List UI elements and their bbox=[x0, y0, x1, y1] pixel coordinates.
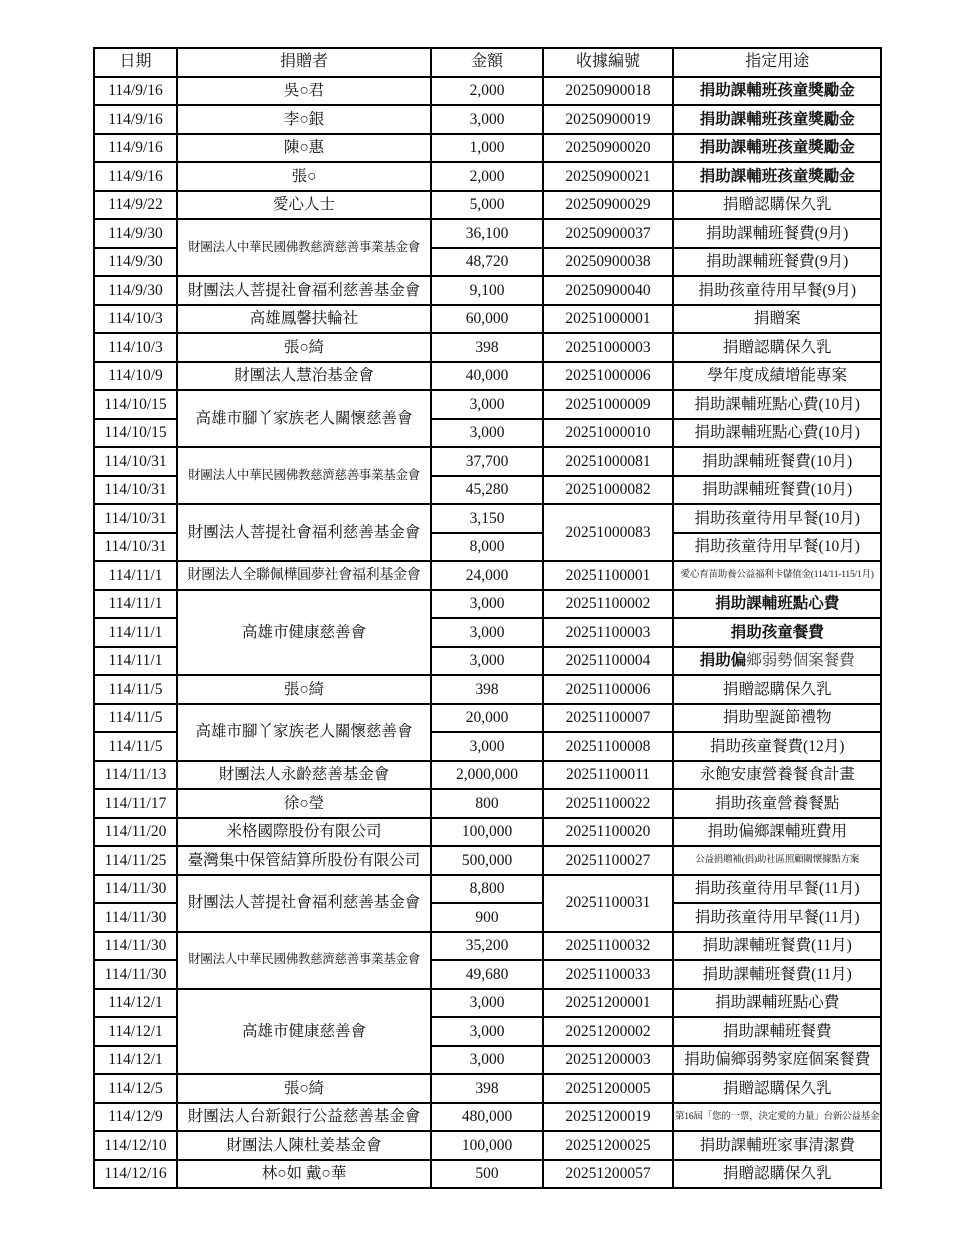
cell-date: 114/11/5 bbox=[94, 704, 177, 733]
cell-amount: 45,280 bbox=[431, 476, 543, 505]
cell-receipt: 20251100033 bbox=[543, 960, 673, 989]
cell-receipt: 20251000010 bbox=[543, 419, 673, 448]
table-row: 114/11/30財團法人菩提社會福利慈善基金會8,80020251100031… bbox=[94, 875, 881, 904]
cell-purpose: 捐贈認購保久乳 bbox=[673, 675, 881, 704]
cell-date: 114/10/31 bbox=[94, 476, 177, 505]
cell-amount: 60,000 bbox=[431, 305, 543, 334]
cell-amount: 24,000 bbox=[431, 561, 543, 590]
table-row: 114/9/16李○銀3,00020250900019捐助課輔班孩童獎勵金 bbox=[94, 105, 881, 134]
cell-date: 114/11/30 bbox=[94, 960, 177, 989]
table-row: 114/9/30財團法人中華民國佛教慈濟慈善事業基金會36,1002025090… bbox=[94, 219, 881, 248]
cell-donor: 張○ bbox=[177, 162, 431, 191]
cell-purpose: 捐助課輔班餐費(11月) bbox=[673, 932, 881, 961]
table-row: 114/11/20米格國際股份有限公司100,00020251100020捐助偏… bbox=[94, 818, 881, 847]
cell-amount: 3,000 bbox=[431, 390, 543, 419]
cell-purpose: 捐贈案 bbox=[673, 305, 881, 334]
cell-amount: 3,150 bbox=[431, 504, 543, 533]
cell-date: 114/12/1 bbox=[94, 1017, 177, 1046]
cell-receipt: 20251100008 bbox=[543, 732, 673, 761]
cell-receipt: 20251200003 bbox=[543, 1046, 673, 1075]
cell-purpose: 捐助課輔班孩童獎勵金 bbox=[673, 134, 881, 163]
table-row: 114/10/9財團法人慧治基金會40,00020251000006學年度成績增… bbox=[94, 362, 881, 391]
cell-amount: 9,100 bbox=[431, 276, 543, 305]
cell-date: 114/10/3 bbox=[94, 305, 177, 334]
cell-amount: 100,000 bbox=[431, 1131, 543, 1160]
table-row: 114/11/5張○綺39820251100006捐贈認購保久乳 bbox=[94, 675, 881, 704]
cell-purpose: 捐助課輔班餐費 bbox=[673, 1017, 881, 1046]
cell-receipt: 20250900040 bbox=[543, 276, 673, 305]
cell-donor: 李○銀 bbox=[177, 105, 431, 134]
cell-receipt: 20250900019 bbox=[543, 105, 673, 134]
cell-amount: 3,000 bbox=[431, 732, 543, 761]
cell-receipt: 20250900029 bbox=[543, 191, 673, 220]
table-row: 114/10/3張○綺39820251000003捐贈認購保久乳 bbox=[94, 333, 881, 362]
cell-receipt: 20251000083 bbox=[543, 504, 673, 561]
cell-purpose: 捐贈認購保久乳 bbox=[673, 333, 881, 362]
cell-amount: 3,000 bbox=[431, 1046, 543, 1075]
cell-amount: 8,800 bbox=[431, 875, 543, 904]
cell-receipt: 20250900021 bbox=[543, 162, 673, 191]
cell-amount: 800 bbox=[431, 789, 543, 818]
cell-date: 114/10/9 bbox=[94, 362, 177, 391]
cell-receipt: 20251100004 bbox=[543, 647, 673, 676]
cell-amount: 49,680 bbox=[431, 960, 543, 989]
cell-date: 114/12/9 bbox=[94, 1103, 177, 1132]
cell-date: 114/12/1 bbox=[94, 1046, 177, 1075]
table-row: 114/11/13財團法人永齡慈善基金會2,000,00020251100011… bbox=[94, 761, 881, 790]
cell-receipt: 20251000081 bbox=[543, 447, 673, 476]
cell-amount: 2,000 bbox=[431, 162, 543, 191]
cell-receipt: 20251000001 bbox=[543, 305, 673, 334]
cell-receipt: 20251200002 bbox=[543, 1017, 673, 1046]
cell-amount: 900 bbox=[431, 903, 543, 932]
cell-donor: 高雄市健康慈善會 bbox=[177, 590, 431, 676]
cell-receipt: 20251100032 bbox=[543, 932, 673, 961]
cell-donor: 林○如 戴○華 bbox=[177, 1160, 431, 1189]
cell-date: 114/11/20 bbox=[94, 818, 177, 847]
table-row: 114/11/17徐○瑩80020251100022捐助孩童營養餐點 bbox=[94, 789, 881, 818]
cell-receipt: 20251100003 bbox=[543, 618, 673, 647]
cell-donor: 高雄鳳馨扶輪社 bbox=[177, 305, 431, 334]
cell-receipt: 20251000009 bbox=[543, 390, 673, 419]
cell-amount: 48,720 bbox=[431, 248, 543, 277]
cell-receipt: 20250900038 bbox=[543, 248, 673, 277]
cell-amount: 398 bbox=[431, 1074, 543, 1103]
table-row: 114/12/5張○綺39820251200005捐贈認購保久乳 bbox=[94, 1074, 881, 1103]
table-row: 114/9/22愛心人士5,00020250900029捐贈認購保久乳 bbox=[94, 191, 881, 220]
cell-donor: 陳○惠 bbox=[177, 134, 431, 163]
cell-date: 114/9/30 bbox=[94, 219, 177, 248]
cell-date: 114/10/31 bbox=[94, 447, 177, 476]
cell-donor: 臺灣集中保管結算所股份有限公司 bbox=[177, 846, 431, 875]
cell-receipt: 20251200025 bbox=[543, 1131, 673, 1160]
table-row: 114/12/16林○如 戴○華50020251200057捐贈認購保久乳 bbox=[94, 1160, 881, 1189]
cell-purpose: 捐助課輔班點心費(10月) bbox=[673, 419, 881, 448]
cell-purpose: 第16屆「您的一票，決定愛的力量」台新公益基金 bbox=[673, 1103, 881, 1132]
cell-receipt: 20251100007 bbox=[543, 704, 673, 733]
cell-purpose: 捐助孩童營養餐點 bbox=[673, 789, 881, 818]
cell-donor: 高雄市健康慈善會 bbox=[177, 989, 431, 1075]
cell-donor: 張○綺 bbox=[177, 1074, 431, 1103]
cell-purpose: 捐助課輔班家事清潔費 bbox=[673, 1131, 881, 1160]
cell-donor: 高雄市腳丫家族老人關懷慈善會 bbox=[177, 390, 431, 447]
cell-purpose: 捐助孩童餐費(12月) bbox=[673, 732, 881, 761]
cell-date: 114/11/30 bbox=[94, 932, 177, 961]
cell-purpose: 捐助課輔班點心費 bbox=[673, 590, 881, 619]
table-row: 114/10/3高雄鳳馨扶輪社60,00020251000001捐贈案 bbox=[94, 305, 881, 334]
table-row: 114/9/30財團法人菩提社會福利慈善基金會9,10020250900040捐… bbox=[94, 276, 881, 305]
cell-date: 114/9/16 bbox=[94, 162, 177, 191]
table-row: 114/9/16吳○君2,00020250900018捐助課輔班孩童獎勵金 bbox=[94, 77, 881, 106]
purpose-bold-segment: 捐助偏 bbox=[700, 652, 747, 669]
table-row: 114/11/25臺灣集中保管結算所股份有限公司500,000202511000… bbox=[94, 846, 881, 875]
cell-purpose: 捐助課輔班餐費(9月) bbox=[673, 219, 881, 248]
cell-amount: 36,100 bbox=[431, 219, 543, 248]
cell-amount: 500,000 bbox=[431, 846, 543, 875]
cell-amount: 3,000 bbox=[431, 1017, 543, 1046]
cell-purpose: 捐助課輔班餐費(9月) bbox=[673, 248, 881, 277]
cell-date: 114/9/22 bbox=[94, 191, 177, 220]
cell-receipt: 20250900018 bbox=[543, 77, 673, 106]
cell-date: 114/11/13 bbox=[94, 761, 177, 790]
column-header-amount: 金額 bbox=[431, 48, 543, 77]
table-header-row: 日期 捐贈者 金額 收據編號 指定用途 bbox=[94, 48, 881, 77]
table-row: 114/10/15高雄市腳丫家族老人關懷慈善會3,00020251000009捐… bbox=[94, 390, 881, 419]
cell-amount: 5,000 bbox=[431, 191, 543, 220]
cell-receipt: 20251100022 bbox=[543, 789, 673, 818]
cell-purpose: 學年度成績增能專案 bbox=[673, 362, 881, 391]
cell-date: 114/12/16 bbox=[94, 1160, 177, 1189]
cell-purpose: 捐助偏鄉弱勢家庭個案餐費 bbox=[673, 1046, 881, 1075]
cell-date: 114/10/3 bbox=[94, 333, 177, 362]
table-row: 114/12/1高雄市健康慈善會3,00020251200001捐助課輔班點心費 bbox=[94, 989, 881, 1018]
cell-date: 114/9/30 bbox=[94, 276, 177, 305]
table-row: 114/11/5高雄市腳丫家族老人關懷慈善會20,00020251100007捐… bbox=[94, 704, 881, 733]
cell-donor: 高雄市腳丫家族老人關懷慈善會 bbox=[177, 704, 431, 761]
cell-donor: 財團法人中華民國佛教慈濟慈善事業基金會 bbox=[177, 932, 431, 989]
table-row: 114/9/16張○2,00020250900021捐助課輔班孩童獎勵金 bbox=[94, 162, 881, 191]
cell-receipt: 20251000006 bbox=[543, 362, 673, 391]
cell-date: 114/11/25 bbox=[94, 846, 177, 875]
cell-purpose: 捐助課輔班餐費(11月) bbox=[673, 960, 881, 989]
cell-amount: 3,000 bbox=[431, 105, 543, 134]
cell-purpose: 捐助課輔班孩童獎勵金 bbox=[673, 77, 881, 106]
cell-donor: 愛心人士 bbox=[177, 191, 431, 220]
cell-amount: 8,000 bbox=[431, 533, 543, 562]
cell-receipt: 20251100027 bbox=[543, 846, 673, 875]
cell-donor: 財團法人陳杜姜基金會 bbox=[177, 1131, 431, 1160]
cell-receipt: 20251200057 bbox=[543, 1160, 673, 1189]
cell-amount: 2,000,000 bbox=[431, 761, 543, 790]
column-header-receipt: 收據編號 bbox=[543, 48, 673, 77]
cell-amount: 35,200 bbox=[431, 932, 543, 961]
cell-amount: 1,000 bbox=[431, 134, 543, 163]
cell-donor: 米格國際股份有限公司 bbox=[177, 818, 431, 847]
column-header-purpose: 指定用途 bbox=[673, 48, 881, 77]
cell-date: 114/11/1 bbox=[94, 590, 177, 619]
cell-purpose: 捐助孩童待用早餐(10月) bbox=[673, 504, 881, 533]
cell-amount: 480,000 bbox=[431, 1103, 543, 1132]
cell-purpose: 捐助孩童待用早餐(10月) bbox=[673, 533, 881, 562]
cell-receipt: 20250900037 bbox=[543, 219, 673, 248]
cell-purpose: 捐贈認購保久乳 bbox=[673, 191, 881, 220]
cell-amount: 500 bbox=[431, 1160, 543, 1189]
column-header-date: 日期 bbox=[94, 48, 177, 77]
cell-purpose: 捐助孩童待用早餐(9月) bbox=[673, 276, 881, 305]
cell-purpose: 捐贈認購保久乳 bbox=[673, 1160, 881, 1189]
cell-date: 114/9/16 bbox=[94, 105, 177, 134]
cell-donor: 張○綺 bbox=[177, 333, 431, 362]
cell-amount: 20,000 bbox=[431, 704, 543, 733]
cell-amount: 3,000 bbox=[431, 989, 543, 1018]
cell-donor: 財團法人慧治基金會 bbox=[177, 362, 431, 391]
table-row: 114/12/10財團法人陳杜姜基金會100,00020251200025捐助課… bbox=[94, 1131, 881, 1160]
cell-receipt: 20251000082 bbox=[543, 476, 673, 505]
cell-date: 114/11/1 bbox=[94, 618, 177, 647]
cell-purpose: 捐助偏鄉弱勢個案餐費 bbox=[673, 647, 881, 676]
cell-amount: 3,000 bbox=[431, 590, 543, 619]
cell-amount: 398 bbox=[431, 675, 543, 704]
cell-purpose: 捐贈認購保久乳 bbox=[673, 1074, 881, 1103]
cell-receipt: 20251200019 bbox=[543, 1103, 673, 1132]
table-row: 114/11/30財團法人中華民國佛教慈濟慈善事業基金會35,200202511… bbox=[94, 932, 881, 961]
cell-purpose: 永飽安康營養餐食計畫 bbox=[673, 761, 881, 790]
cell-donor: 財團法人全聯佩樺圓夢社會福利基金會 bbox=[177, 561, 431, 590]
cell-date: 114/11/5 bbox=[94, 675, 177, 704]
cell-purpose: 捐助聖誕節禮物 bbox=[673, 704, 881, 733]
cell-donor: 財團法人菩提社會福利慈善基金會 bbox=[177, 504, 431, 561]
cell-date: 114/10/31 bbox=[94, 504, 177, 533]
cell-donor: 吳○君 bbox=[177, 77, 431, 106]
cell-receipt: 20251100020 bbox=[543, 818, 673, 847]
cell-date: 114/11/17 bbox=[94, 789, 177, 818]
cell-receipt: 20251100002 bbox=[543, 590, 673, 619]
cell-receipt: 20251100001 bbox=[543, 561, 673, 590]
cell-donor: 財團法人永齡慈善基金會 bbox=[177, 761, 431, 790]
table-row: 114/10/31財團法人菩提社會福利慈善基金會3,15020251000083… bbox=[94, 504, 881, 533]
cell-amount: 100,000 bbox=[431, 818, 543, 847]
cell-purpose: 捐助孩童待用早餐(11月) bbox=[673, 875, 881, 904]
table-row: 114/9/16陳○惠1,00020250900020捐助課輔班孩童獎勵金 bbox=[94, 134, 881, 163]
cell-amount: 3,000 bbox=[431, 618, 543, 647]
cell-purpose: 捐助孩童餐費 bbox=[673, 618, 881, 647]
table-row: 114/12/9財團法人台新銀行公益慈善基金會480,0002025120001… bbox=[94, 1103, 881, 1132]
cell-purpose: 捐助課輔班餐費(10月) bbox=[673, 447, 881, 476]
cell-purpose: 捐助偏鄉課輔班費用 bbox=[673, 818, 881, 847]
purpose-light-segment: 鄉弱勢個案餐費 bbox=[746, 652, 855, 669]
cell-purpose: 捐助課輔班孩童獎勵金 bbox=[673, 162, 881, 191]
cell-purpose: 捐助課輔班點心費(10月) bbox=[673, 390, 881, 419]
document-page: 日期 捐贈者 金額 收據編號 指定用途 114/9/16吳○君2,0002025… bbox=[0, 0, 956, 1238]
cell-donor: 徐○瑩 bbox=[177, 789, 431, 818]
table-row: 114/11/1財團法人全聯佩樺圓夢社會福利基金會24,000202511000… bbox=[94, 561, 881, 590]
cell-purpose: 愛心育苗助養公益福利卡儲值金(114/11-115/1月) bbox=[673, 561, 881, 590]
cell-purpose: 捐助課輔班孩童獎勵金 bbox=[673, 105, 881, 134]
cell-receipt: 20251100011 bbox=[543, 761, 673, 790]
cell-amount: 3,000 bbox=[431, 419, 543, 448]
cell-purpose: 捐助課輔班餐費(10月) bbox=[673, 476, 881, 505]
cell-date: 114/12/5 bbox=[94, 1074, 177, 1103]
table-row: 114/11/1高雄市健康慈善會3,00020251100002捐助課輔班點心費 bbox=[94, 590, 881, 619]
cell-donor: 財團法人中華民國佛教慈濟慈善事業基金會 bbox=[177, 219, 431, 276]
cell-amount: 37,700 bbox=[431, 447, 543, 476]
cell-purpose: 捐助課輔班點心費 bbox=[673, 989, 881, 1018]
cell-receipt: 20251200005 bbox=[543, 1074, 673, 1103]
cell-donor: 財團法人中華民國佛教慈濟慈善事業基金會 bbox=[177, 447, 431, 504]
cell-purpose: 捐助孩童待用早餐(11月) bbox=[673, 903, 881, 932]
cell-date: 114/11/30 bbox=[94, 875, 177, 904]
cell-amount: 2,000 bbox=[431, 77, 543, 106]
donation-records-table: 日期 捐贈者 金額 收據編號 指定用途 114/9/16吳○君2,0002025… bbox=[93, 47, 882, 1189]
cell-date: 114/11/1 bbox=[94, 561, 177, 590]
cell-donor: 財團法人台新銀行公益慈善基金會 bbox=[177, 1103, 431, 1132]
cell-date: 114/11/1 bbox=[94, 647, 177, 676]
cell-receipt: 20251200001 bbox=[543, 989, 673, 1018]
cell-amount: 40,000 bbox=[431, 362, 543, 391]
cell-date: 114/10/15 bbox=[94, 419, 177, 448]
table-body: 114/9/16吳○君2,00020250900018捐助課輔班孩童獎勵金114… bbox=[94, 77, 881, 1189]
cell-date: 114/10/15 bbox=[94, 390, 177, 419]
cell-date: 114/11/5 bbox=[94, 732, 177, 761]
cell-date: 114/9/30 bbox=[94, 248, 177, 277]
cell-receipt: 20251100031 bbox=[543, 875, 673, 932]
cell-amount: 3,000 bbox=[431, 647, 543, 676]
cell-donor: 財團法人菩提社會福利慈善基金會 bbox=[177, 875, 431, 932]
table-row: 114/10/31財團法人中華民國佛教慈濟慈善事業基金會37,700202510… bbox=[94, 447, 881, 476]
cell-date: 114/12/1 bbox=[94, 989, 177, 1018]
cell-receipt: 20251000003 bbox=[543, 333, 673, 362]
cell-receipt: 20250900020 bbox=[543, 134, 673, 163]
cell-date: 114/10/31 bbox=[94, 533, 177, 562]
cell-date: 114/11/30 bbox=[94, 903, 177, 932]
cell-donor: 張○綺 bbox=[177, 675, 431, 704]
cell-amount: 398 bbox=[431, 333, 543, 362]
cell-receipt: 20251100006 bbox=[543, 675, 673, 704]
column-header-donor: 捐贈者 bbox=[177, 48, 431, 77]
cell-date: 114/12/10 bbox=[94, 1131, 177, 1160]
cell-purpose: 公益捐贈補(捐)助社區照顧關懷據點方案 bbox=[673, 846, 881, 875]
cell-donor: 財團法人菩提社會福利慈善基金會 bbox=[177, 276, 431, 305]
cell-date: 114/9/16 bbox=[94, 77, 177, 106]
cell-date: 114/9/16 bbox=[94, 134, 177, 163]
